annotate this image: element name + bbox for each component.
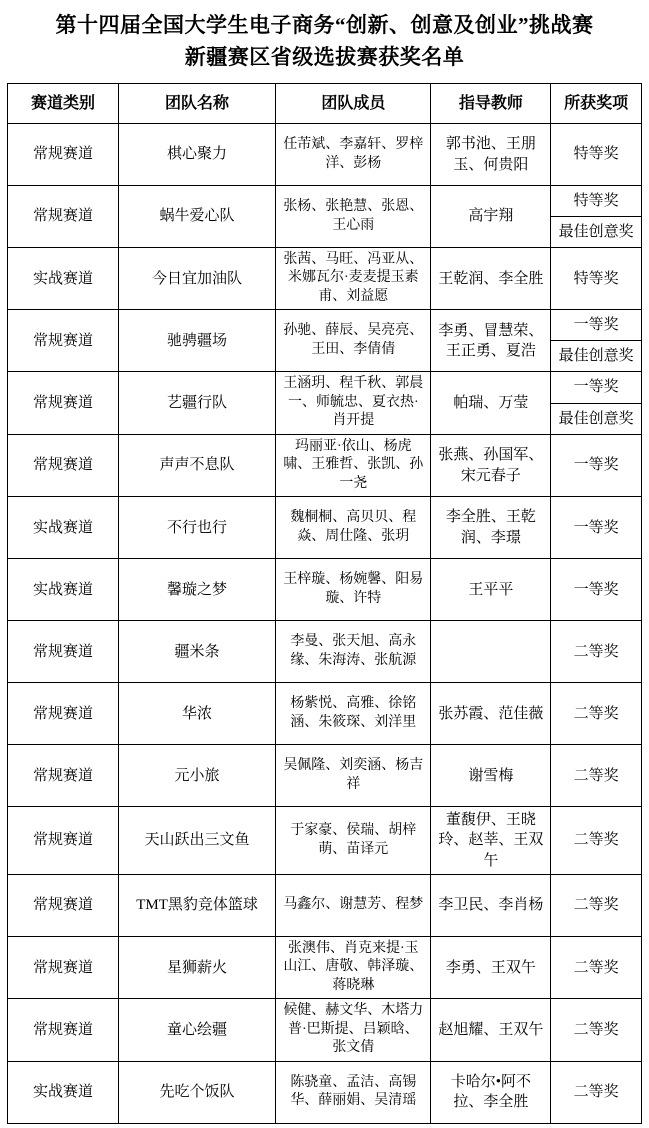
award-cell: 二等奖 <box>551 874 642 936</box>
team-members-cell: 杨紫悦、高雅、徐铭涵、朱筱琛、刘洋里 <box>276 683 431 745</box>
track-cell: 常规赛道 <box>8 124 119 186</box>
table-row: 常规赛道元小旅吴佩隆、刘奕涵、杨吉祥谢雪梅二等奖 <box>8 745 642 807</box>
track-cell: 常规赛道 <box>8 807 119 875</box>
team-members-cell: 玛丽亚·依山、杨虎啸、王雅哲、张凯、孙一尧 <box>276 434 431 496</box>
page-title-line2: 新疆赛区省级选拔赛获奖名单 <box>11 42 638 74</box>
team-members-cell: 候健、赫文华、木塔力普·巴斯提、吕颖晗、张文倩 <box>276 999 431 1061</box>
team-name-cell: 棋心聚力 <box>118 124 275 186</box>
award-cell: 最佳创意奖 <box>551 403 642 434</box>
award-cell: 最佳创意奖 <box>551 217 642 248</box>
award-cell: 一等奖 <box>551 310 642 341</box>
team-name-cell: 先吃个饭队 <box>118 1061 275 1123</box>
advisors-cell: 郭书池、王朋玉、何贵阳 <box>431 124 551 186</box>
track-cell: 常规赛道 <box>8 310 119 372</box>
team-name-cell: 华浓 <box>118 683 275 745</box>
award-cell: 二等奖 <box>551 1061 642 1123</box>
header-advisors: 指导教师 <box>431 84 551 124</box>
table-row: 常规赛道棋心聚力任芾斌、李嘉轩、罗梓洋、彭杨郭书池、王朋玉、何贵阳特等奖 <box>8 124 642 186</box>
award-cell: 一等奖 <box>551 559 642 621</box>
track-cell: 常规赛道 <box>8 186 119 248</box>
team-name-cell: 驰骋疆场 <box>118 310 275 372</box>
advisors-cell: 赵旭耀、王双午 <box>431 999 551 1061</box>
award-cell: 特等奖 <box>551 186 642 217</box>
page-title: 第十四届全国大学生电子商务“创新、创意及创业”挑战赛 新疆赛区省级选拔赛获奖名单 <box>11 10 638 73</box>
team-name-cell: 馨璇之梦 <box>118 559 275 621</box>
track-cell: 常规赛道 <box>8 999 119 1061</box>
award-cell: 特等奖 <box>551 124 642 186</box>
award-cell: 二等奖 <box>551 936 642 998</box>
track-cell: 实战赛道 <box>8 248 119 310</box>
award-table-header: 赛道类别 团队名称 团队成员 指导教师 所获奖项 <box>8 84 642 124</box>
advisors-cell: 李勇、王双午 <box>431 936 551 998</box>
table-row: 常规赛道艺疆行队王涵玥、程千秋、郭晨一、师毓忠、夏衣热·肖开提帕瑞、万莹一等奖 <box>8 372 642 403</box>
team-members-cell: 王涵玥、程千秋、郭晨一、师毓忠、夏衣热·肖开提 <box>276 372 431 434</box>
team-members-cell: 魏桐桐、高贝贝、程焱、周仕隆、张玥 <box>276 497 431 559</box>
team-name-cell: 蜗牛爱心队 <box>118 186 275 248</box>
table-row: 常规赛道蜗牛爱心队张杨、张艳慧、张恩、王心雨高宇翔特等奖 <box>8 186 642 217</box>
document-page: 第十四届全国大学生电子商务“创新、创意及创业”挑战赛 新疆赛区省级选拔赛获奖名单… <box>0 0 649 1128</box>
team-members-cell: 陈骁童、孟洁、高锡华、薛丽娟、吴清瑶 <box>276 1061 431 1123</box>
advisors-cell: 高宇翔 <box>431 186 551 248</box>
team-name-cell: 疆米条 <box>118 621 275 683</box>
award-cell: 二等奖 <box>551 999 642 1061</box>
track-cell: 常规赛道 <box>8 683 119 745</box>
team-members-cell: 李曼、张天旭、高永缘、朱海涛、张航源 <box>276 621 431 683</box>
table-row: 常规赛道TMT黑豹竞体篮球马鑫尔、谢慧芳、程梦李卫民、李肖杨二等奖 <box>8 874 642 936</box>
table-row: 常规赛道星狮薪火张澳伟、肖克来提·玉山江、唐敬、韩泽璇、蒋晓琳李勇、王双午二等奖 <box>8 936 642 998</box>
team-members-cell: 张茜、马旺、冯亚从、米娜瓦尔·麦麦提玉素甫、刘益愿 <box>276 248 431 310</box>
team-members-cell: 张澳伟、肖克来提·玉山江、唐敬、韩泽璇、蒋晓琳 <box>276 936 431 998</box>
table-row: 常规赛道华浓杨紫悦、高雅、徐铭涵、朱筱琛、刘洋里张苏霞、范佳薇二等奖 <box>8 683 642 745</box>
award-cell: 二等奖 <box>551 745 642 807</box>
award-cell: 一等奖 <box>551 497 642 559</box>
award-cell: 一等奖 <box>551 372 642 403</box>
advisors-cell: 帕瑞、万莹 <box>431 372 551 434</box>
advisors-cell: 王乾润、李全胜 <box>431 248 551 310</box>
track-cell: 常规赛道 <box>8 936 119 998</box>
track-cell: 常规赛道 <box>8 434 119 496</box>
advisors-cell: 董馥伊、王晓玲、赵莘、王双午 <box>431 807 551 875</box>
header-members: 团队成员 <box>276 84 431 124</box>
table-row: 实战赛道不行也行魏桐桐、高贝贝、程焱、周仕隆、张玥李全胜、王乾润、李璟一等奖 <box>8 497 642 559</box>
track-cell: 实战赛道 <box>8 559 119 621</box>
track-cell: 常规赛道 <box>8 621 119 683</box>
award-cell: 二等奖 <box>551 621 642 683</box>
team-members-cell: 马鑫尔、谢慧芳、程梦 <box>276 874 431 936</box>
advisors-cell: 李全胜、王乾润、李璟 <box>431 497 551 559</box>
team-members-cell: 吴佩隆、刘奕涵、杨吉祥 <box>276 745 431 807</box>
award-cell: 一等奖 <box>551 434 642 496</box>
table-row: 常规赛道天山跃出三文鱼于家豪、侯瑞、胡梓萌、苗译元董馥伊、王晓玲、赵莘、王双午二… <box>8 807 642 875</box>
advisors-cell <box>431 621 551 683</box>
page-title-line1: 第十四届全国大学生电子商务“创新、创意及创业”挑战赛 <box>11 10 638 42</box>
award-table-body: 常规赛道棋心聚力任芾斌、李嘉轩、罗梓洋、彭杨郭书池、王朋玉、何贵阳特等奖常规赛道… <box>8 124 642 1124</box>
team-name-cell: 今日宜加油队 <box>118 248 275 310</box>
team-members-cell: 王梓璇、杨婉馨、阳易璇、许特 <box>276 559 431 621</box>
team-name-cell: 不行也行 <box>118 497 275 559</box>
advisors-cell: 王平平 <box>431 559 551 621</box>
track-cell: 实战赛道 <box>8 497 119 559</box>
team-members-cell: 孙驰、薛辰、吴亮亮、王田、李倩倩 <box>276 310 431 372</box>
advisors-cell: 张苏霞、范佳薇 <box>431 683 551 745</box>
table-row: 常规赛道声声不息队玛丽亚·依山、杨虎啸、王雅哲、张凯、孙一尧张燕、孙国军、宋元春… <box>8 434 642 496</box>
header-row: 赛道类别 团队名称 团队成员 指导教师 所获奖项 <box>8 84 642 124</box>
header-award: 所获奖项 <box>551 84 642 124</box>
team-members-cell: 任芾斌、李嘉轩、罗梓洋、彭杨 <box>276 124 431 186</box>
advisors-cell: 谢雪梅 <box>431 745 551 807</box>
team-name-cell: 艺疆行队 <box>118 372 275 434</box>
team-name-cell: TMT黑豹竞体篮球 <box>118 874 275 936</box>
table-row: 常规赛道驰骋疆场孙驰、薛辰、吴亮亮、王田、李倩倩李勇、冒慧荣、王正勇、夏浩一等奖 <box>8 310 642 341</box>
team-name-cell: 星狮薪火 <box>118 936 275 998</box>
award-cell: 二等奖 <box>551 683 642 745</box>
table-row: 实战赛道今日宜加油队张茜、马旺、冯亚从、米娜瓦尔·麦麦提玉素甫、刘益愿王乾润、李… <box>8 248 642 310</box>
track-cell: 常规赛道 <box>8 874 119 936</box>
team-members-cell: 于家豪、侯瑞、胡梓萌、苗译元 <box>276 807 431 875</box>
advisors-cell: 李卫民、李肖杨 <box>431 874 551 936</box>
header-track: 赛道类别 <box>8 84 119 124</box>
table-row: 常规赛道疆米条李曼、张天旭、高永缘、朱海涛、张航源二等奖 <box>8 621 642 683</box>
advisors-cell: 卡哈尔•阿不拉、李全胜 <box>431 1061 551 1123</box>
advisors-cell: 李勇、冒慧荣、王正勇、夏浩 <box>431 310 551 372</box>
table-row: 实战赛道先吃个饭队陈骁童、孟洁、高锡华、薛丽娟、吴清瑶卡哈尔•阿不拉、李全胜二等… <box>8 1061 642 1123</box>
team-name-cell: 元小旅 <box>118 745 275 807</box>
award-cell: 二等奖 <box>551 807 642 875</box>
table-row: 常规赛道童心绘疆候健、赫文华、木塔力普·巴斯提、吕颖晗、张文倩赵旭耀、王双午二等… <box>8 999 642 1061</box>
header-team: 团队名称 <box>118 84 275 124</box>
track-cell: 常规赛道 <box>8 745 119 807</box>
award-table: 赛道类别 团队名称 团队成员 指导教师 所获奖项 常规赛道棋心聚力任芾斌、李嘉轩… <box>7 83 642 1124</box>
team-members-cell: 张杨、张艳慧、张恩、王心雨 <box>276 186 431 248</box>
table-row: 实战赛道馨璇之梦王梓璇、杨婉馨、阳易璇、许特王平平一等奖 <box>8 559 642 621</box>
team-name-cell: 声声不息队 <box>118 434 275 496</box>
award-cell: 最佳创意奖 <box>551 341 642 372</box>
team-name-cell: 天山跃出三文鱼 <box>118 807 275 875</box>
track-cell: 常规赛道 <box>8 372 119 434</box>
advisors-cell: 张燕、孙国军、宋元春子 <box>431 434 551 496</box>
team-name-cell: 童心绘疆 <box>118 999 275 1061</box>
track-cell: 实战赛道 <box>8 1061 119 1123</box>
award-cell: 特等奖 <box>551 248 642 310</box>
